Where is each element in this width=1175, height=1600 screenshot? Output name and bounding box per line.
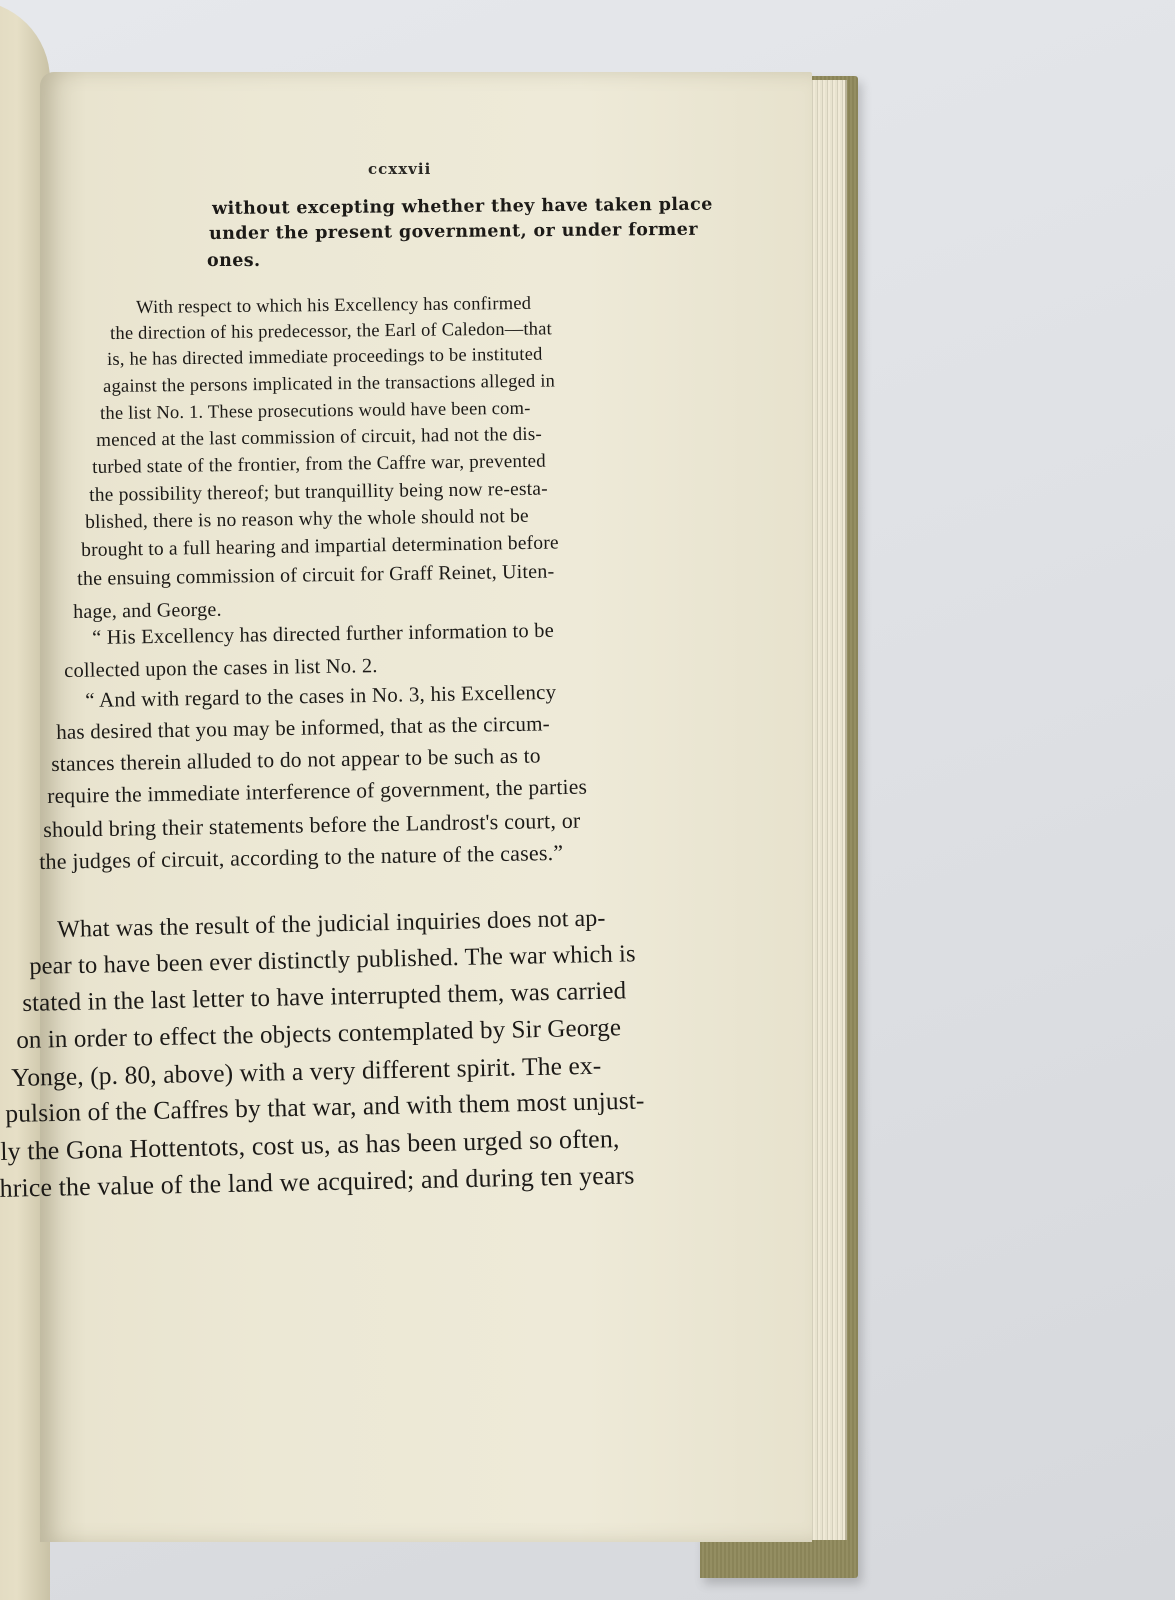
text-line: ones. xyxy=(207,251,260,271)
page-number: ccxxvii xyxy=(368,160,431,178)
text-line: under the present government, or under f… xyxy=(209,220,698,244)
text-line: collected upon the cases in list No. 2. xyxy=(64,655,378,683)
text-line: hage, and George. xyxy=(73,599,222,624)
text-line: With respect to which his Excellency has… xyxy=(136,294,531,319)
